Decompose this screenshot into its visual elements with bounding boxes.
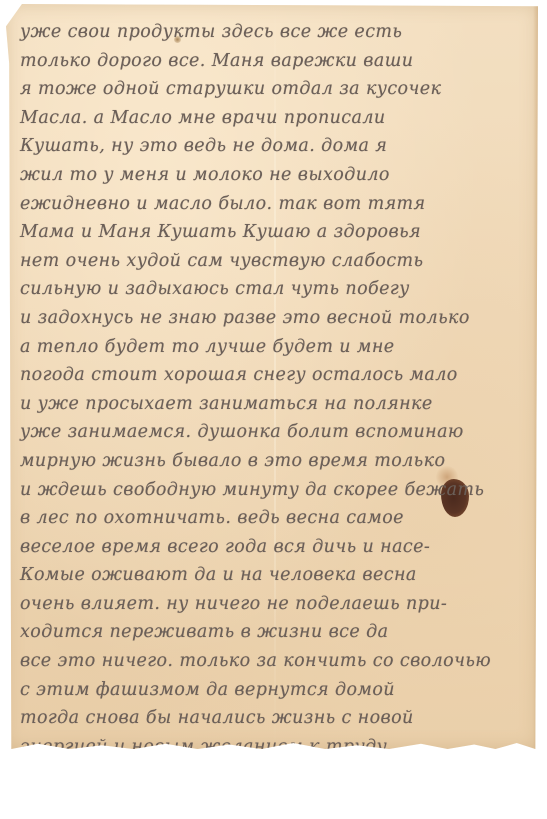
text-line: с этим фашизмом да вернутся домой: [20, 676, 540, 705]
text-line: только дорого все. Маня варежки ваши: [20, 47, 540, 76]
text-line: энергией и новым желанием к труду: [20, 733, 540, 756]
text-line: тогда снова бы начались жизнь с новой: [20, 704, 540, 733]
text-line: все это ничего. только за кончить со сво…: [20, 647, 540, 676]
text-line: жил то у меня и молоко не выходило: [20, 161, 540, 190]
text-line: я тоже одной старушки отдал за кусочек: [20, 75, 540, 104]
text-line: и уже просыхает заниматься на полянке: [20, 390, 540, 419]
text-line: уже занимаемся. душонка болит вспоминаю: [20, 418, 540, 447]
text-line: и задохнусь не знаю разве это весной тол…: [20, 304, 540, 333]
text-line: погода стоит хорошая снегу осталось мало: [20, 361, 540, 390]
text-line: Комые оживают да и на человека весна: [20, 561, 540, 590]
text-line: Масла. а Масло мне врачи прописали: [20, 104, 540, 133]
letter-page: уже свои продукты здесь все же есть толь…: [6, 4, 538, 749]
text-line: веселое время всего года вся дичь и насе…: [20, 533, 540, 562]
text-line: Мама и Маня Кушать Кушаю а здоровья: [20, 218, 540, 247]
text-line: а тепло будет то лучше будет и мне: [20, 333, 540, 362]
text-line: мирную жизнь бывало в это время только: [20, 447, 540, 476]
text-line: в лес по охотничать. ведь весна самое: [20, 504, 540, 533]
text-line: уже свои продукты здесь все же есть: [20, 18, 540, 47]
text-line: сильную и задыхаюсь стал чуть побегу: [20, 275, 540, 304]
text-line: ежидневно и масло было. так вот тятя: [20, 190, 540, 219]
text-line: Кушать, ну это ведь не дома. дома я: [20, 132, 540, 161]
handwritten-text: уже свои продукты здесь все же есть толь…: [20, 18, 540, 756]
text-line: ходится переживать в жизни все да: [20, 618, 540, 647]
text-line: нет очень худой сам чувствую слабость: [20, 247, 540, 276]
text-line: и ждешь свободную минуту да скорее бежат…: [20, 476, 540, 505]
text-line: очень влияет. ну ничего не поделаешь при…: [20, 590, 540, 619]
